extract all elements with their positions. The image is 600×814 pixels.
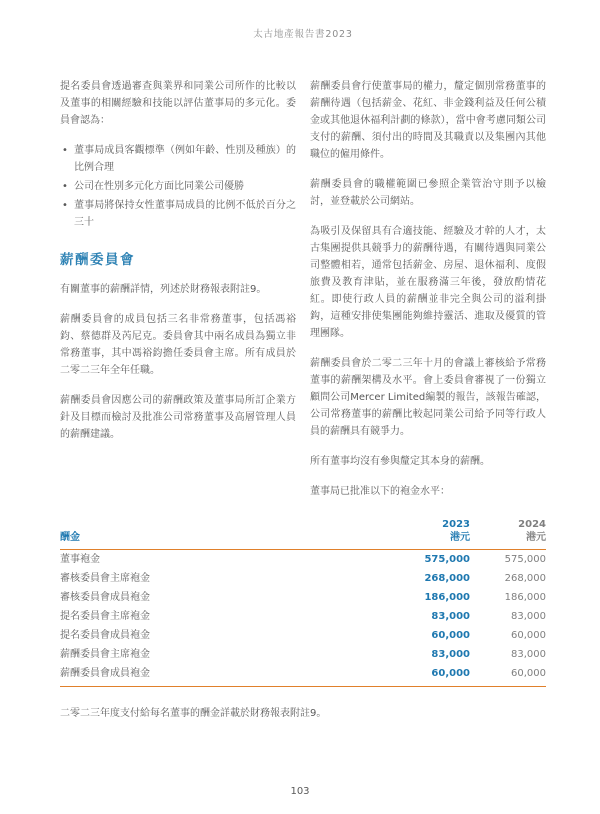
bullet-icon: •	[62, 178, 68, 195]
directors-fees-table-section: 酬金 2023 港元 2024 港元 董事袍金 575,000 575,000	[60, 518, 546, 722]
table-header-row: 酬金 2023 港元 2024 港元	[60, 518, 546, 550]
report-page: 太古地產報告書2023 提名委員會透過審查與業界和同業公司所作的比較以及董事的相…	[0, 0, 600, 722]
fee-2024-value: 60,000	[470, 664, 546, 686]
fee-2023-value: 268,000	[360, 569, 470, 588]
column-header-fee: 酬金	[60, 518, 360, 550]
year-2024-label: 2024	[518, 519, 546, 530]
fee-label: 審核委員會主席袍金	[60, 569, 360, 588]
fee-2024-value: 83,000	[470, 607, 546, 626]
running-header-title: 太古地產報告書2023	[60, 0, 546, 40]
column-header-2023: 2023 港元	[360, 518, 470, 550]
fee-label: 薪酬委員會主席袍金	[60, 645, 360, 664]
table-footnote: 二零二三年度支付給每名董事的酬金詳載於財務報表附註9。	[60, 705, 546, 722]
diversity-bullet-list: • 董事局成員客觀標準（例如年齡、性別及種族）的比例合理 • 公司在性別多元化方…	[60, 142, 296, 231]
fee-label: 董事袍金	[60, 550, 360, 570]
fee-label: 審核委員會成員袍金	[60, 588, 360, 607]
currency-2024-label: 港元	[526, 532, 546, 543]
table-row: 薪酬委員會成員袍金 60,000 60,000	[60, 664, 546, 686]
fee-2024-value: 268,000	[470, 569, 546, 588]
remuneration-detail-note-paragraph: 有關董事的薪酬詳情，列述於財務報表附註9。	[60, 281, 296, 298]
no-self-determination-paragraph: 所有董事均沒有參與釐定其本身的薪酬。	[310, 453, 546, 470]
fee-2024-value: 186,000	[470, 588, 546, 607]
fee-2024-value: 575,000	[470, 550, 546, 570]
fee-2024-value: 83,000	[470, 645, 546, 664]
year-2023-label: 2023	[442, 519, 470, 530]
currency-2023-label: 港元	[450, 532, 470, 543]
table-row: 提名委員會主席袍金 83,000 83,000	[60, 607, 546, 626]
bullet-item: • 董事局將保持女性董事局成員的比例不低於百分之三十	[74, 197, 296, 231]
fee-label: 提名委員會主席袍金	[60, 607, 360, 626]
bullet-text: 公司在性別多元化方面比同業公司優勝	[74, 181, 244, 192]
talent-retention-paragraph: 為吸引及保留具有合適技能、經驗及才幹的人才，太古集團提供具競爭力的薪酬待遇，有關…	[310, 223, 546, 342]
directors-fees-table: 酬金 2023 港元 2024 港元 董事袍金 575,000 575,000	[60, 518, 546, 687]
fee-2023-value: 60,000	[360, 664, 470, 686]
column-header-2024: 2024 港元	[470, 518, 546, 550]
committee-members-paragraph: 薪酬委員會的成員包括三名非常務董事，包括馮裕鈞、蔡德群及芮尼克。委員會其中兩名成…	[60, 311, 296, 379]
committee-role-paragraph: 薪酬委員會因應公司的薪酬政策及董事局所訂企業方針及目標而檢討及批准公司常務董事及…	[60, 392, 296, 443]
terms-of-reference-paragraph: 薪酬委員會的職權範圍已參照企業管治守則予以檢討，並登載於公司網站。	[310, 176, 546, 210]
bullet-icon: •	[62, 142, 68, 159]
bullet-item: • 公司在性別多元化方面比同業公司優勝	[74, 178, 296, 195]
table-row: 審核委員會主席袍金 268,000 268,000	[60, 569, 546, 588]
committee-powers-paragraph: 薪酬委員會行使董事局的權力，釐定個別常務董事的薪酬待遇（包括薪金、花紅、非金錢利…	[310, 78, 546, 163]
fee-2023-value: 575,000	[360, 550, 470, 570]
fee-2024-value: 60,000	[470, 626, 546, 645]
left-column: 提名委員會透過審查與業界和同業公司所作的比較以及董事的相關經驗和技能以評估董事局…	[60, 78, 296, 513]
right-column: 薪酬委員會行使董事局的權力，釐定個別常務董事的薪酬待遇（包括薪金、花紅、非金錢利…	[310, 78, 546, 513]
two-column-body: 提名委員會透過審查與業界和同業公司所作的比較以及董事的相關經驗和技能以評估董事局…	[60, 78, 546, 513]
table-row: 提名委員會成員袍金 60,000 60,000	[60, 626, 546, 645]
fee-label: 薪酬委員會成員袍金	[60, 664, 360, 686]
fee-2023-value: 186,000	[360, 588, 470, 607]
table-row: 董事袍金 575,000 575,000	[60, 550, 546, 570]
section-heading-remuneration-committee: 薪酬委員會	[60, 252, 296, 269]
mercer-review-paragraph: 薪酬委員會於二零二三年十月的會議上審核給予常務董事的薪酬架構及水平。會上委員會審…	[310, 355, 546, 440]
bullet-text: 董事局將保持女性董事局成員的比例不低於百分之三十	[74, 200, 296, 228]
fee-2023-value: 83,000	[360, 645, 470, 664]
bullet-text: 董事局成員客觀標準（例如年齡、性別及種族）的比例合理	[74, 145, 296, 173]
fee-2023-value: 60,000	[360, 626, 470, 645]
table-row: 審核委員會成員袍金 186,000 186,000	[60, 588, 546, 607]
fee-label: 提名委員會成員袍金	[60, 626, 360, 645]
page-number: 103	[0, 786, 600, 797]
nomination-diversity-paragraph: 提名委員會透過審查與業界和同業公司所作的比較以及董事的相關經驗和技能以評估董事局…	[60, 78, 296, 129]
fee-2023-value: 83,000	[360, 607, 470, 626]
bullet-item: • 董事局成員客觀標準（例如年齡、性別及種族）的比例合理	[74, 142, 296, 176]
table-row: 薪酬委員會主席袍金 83,000 83,000	[60, 645, 546, 664]
approved-fees-lead-in-paragraph: 董事局已批准以下的袍金水平：	[310, 483, 546, 500]
bullet-icon: •	[62, 197, 68, 214]
